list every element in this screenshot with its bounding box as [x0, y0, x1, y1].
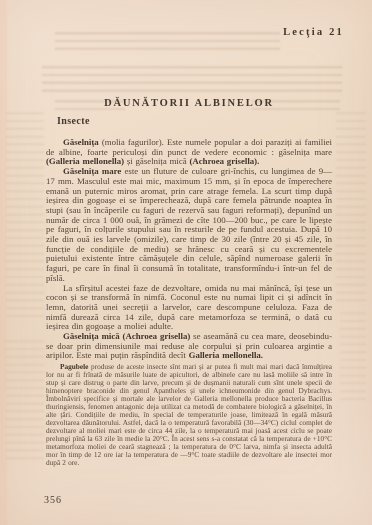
- body-text: Găselnița (molia fagurilor). Este numele…: [46, 138, 332, 467]
- section-heading: Insecte: [57, 116, 90, 127]
- term-gaselnita: Găselnița: [63, 137, 99, 147]
- page-number: 356: [44, 495, 62, 506]
- page-edge-tint: [0, 0, 7, 525]
- small-print-note: Pagubele produse de aceste insecte sînt …: [46, 363, 332, 467]
- paragraph-gaselnita-mare: Găselnița mare este un fluture de culoar…: [46, 167, 332, 283]
- term-gaselnita-mica: Găselnița mică (Achroea grisella): [63, 331, 190, 341]
- term-gaselnita-mare: Găselnița mare: [63, 166, 121, 176]
- paragraph-gaselnita-mica: Găselnița mică (Achroea grisella) se ase…: [46, 332, 332, 361]
- lesson-label: Lecţia 21: [283, 27, 344, 38]
- paragraph-pagube: Pagubele produse de aceste insecte sînt …: [46, 363, 332, 467]
- bleedthrough-text-ghost: [336, 112, 366, 302]
- book-page: Lecţia 21 DĂUNĂTORII ALBINELOR Insecte G…: [0, 0, 372, 525]
- species-achroea-grisella: (Achroea grisella).: [189, 156, 259, 166]
- species-galleria-mellonella: (Galleria mellonella): [46, 156, 124, 166]
- bleedthrough-text-ghost: [340, 312, 366, 404]
- bleedthrough-text-ghost: [6, 340, 44, 460]
- page-title: DĂUNĂTORII ALBINELOR: [46, 98, 332, 109]
- paragraph-gaselnita-intro: Găselnița (molia fagurilor). Este numele…: [46, 138, 332, 167]
- bleedthrough-text-ghost: [42, 66, 342, 97]
- bleedthrough-text-ghost: [55, 32, 280, 54]
- paragraph-nimfa: La sfîrșitul acestei faze de dezvoltare,…: [46, 284, 332, 333]
- species-galleria-mellonella: Galleria mellonella.: [189, 350, 263, 360]
- bleedthrough-text-ghost: [6, 112, 44, 322]
